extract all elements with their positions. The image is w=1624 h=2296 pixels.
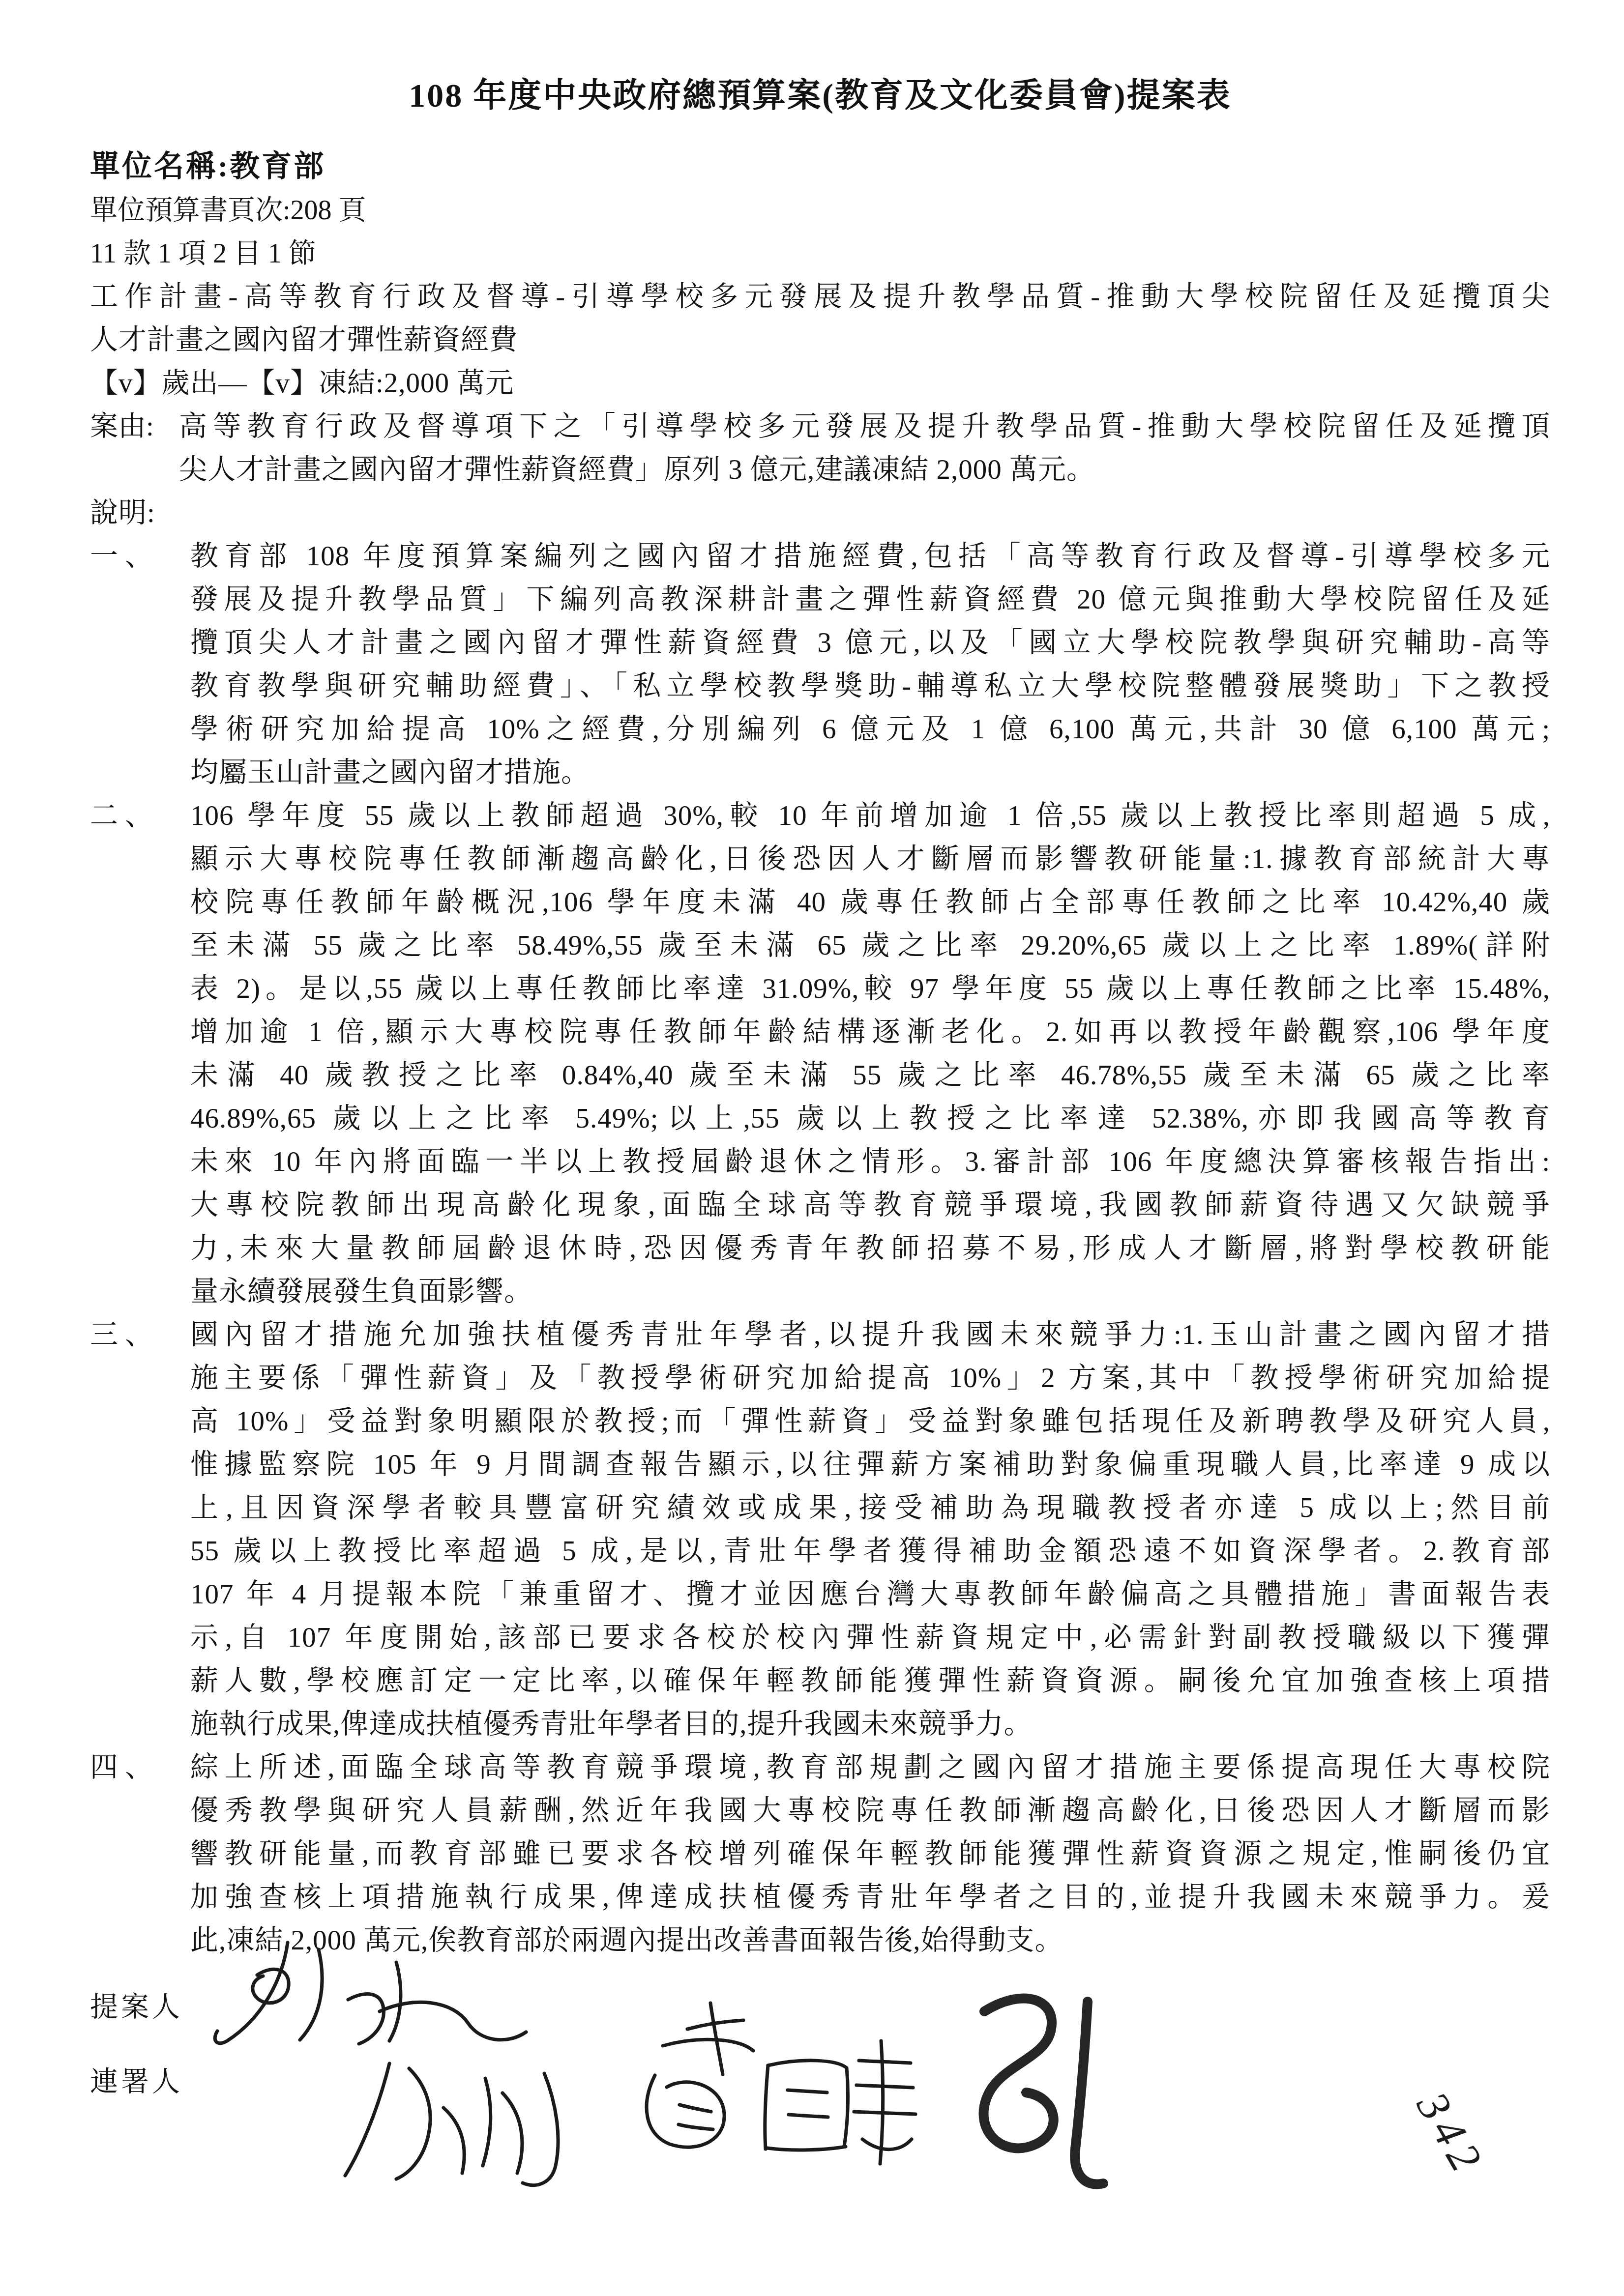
text-line: 薪人數,學校應訂定一定比率,以確保年輕教師能獲彈性薪資資源。嗣後允宜加強查核上項… [190, 1659, 1550, 1703]
explanation-label: 說明: [90, 492, 1550, 535]
text-line: 綜上所述,面臨全球高等教育競爭環境,教育部規劃之國內留才措施主要係提高現任大專校… [190, 1746, 1550, 1789]
proposer-label: 提案人 [90, 1986, 1550, 2029]
text-line: 107 年 4 月提報本院「兼重留才、攬才並因應台灣大專教師年齡偏高之具體措施」… [190, 1573, 1550, 1616]
text-line: 大專校院教師出現高齡化現象,面臨全球高等教育競爭環境,我國教師薪資待遇又欠缺競爭 [190, 1184, 1550, 1227]
text-line: 學術研究加給提高 10%之經費,分別編列 6 億元及 1 億 6,100 萬元,… [190, 708, 1550, 751]
unit-name: 單位名稱:教育部 [90, 145, 1550, 189]
scanned-proposal-document: 108 年度中央政府總預算案(教育及文化委員會)提案表 單位名稱:教育部 單位預… [0, 0, 1624, 2296]
text-line: 至未滿 55 歲之比率 58.49%,55 歲至未滿 65 歲之比率 29.20… [190, 924, 1550, 967]
text-line: 教育部 108 年度預算案編列之國內留才措施經費,包括「高等教育行政及督導-引導… [190, 535, 1550, 578]
text-line: 46.89%,65 歲以上之比率 5.49%;以上,55 歲以上教授之比率達 5… [190, 1097, 1550, 1140]
text-line: 工作計畫-高等教育行政及督導-引導學校多元發展及提升教學品質-推動大學校院留任及… [90, 275, 1550, 319]
work-plan: 工作計畫-高等教育行政及督導-引導學校多元發展及提升教學品質-推動大學校院留任及… [90, 275, 1550, 362]
text-line: 響教研能量,而教育部雖已要求各校增列確保年輕教師能獲彈性薪資資源之規定,惟嗣後仍… [190, 1832, 1550, 1876]
item-body: 106 學年度 55 歲以上教師超過 30%,較 10 年前增加逾 1 倍,55… [190, 794, 1550, 1313]
text-line: 校院專任教師年齡概況,106 學年度未滿 40 歲專任教師占全部專任教師之比率 … [190, 881, 1550, 924]
text-line: 55 歲以上教授比率超過 5 成,是以,青壯年學者獲得補助金額恐遠不如資深學者。… [190, 1530, 1550, 1573]
text-line: 國內留才措施允加強扶植優秀青壯年學者,以提升我國未來競爭力:1.玉山計畫之國內留… [190, 1313, 1550, 1357]
text-line: 力,未來大量教師屆齡退休時,恐因優秀青年教師招募不易,形成人才斷層,將對學校教研… [190, 1227, 1550, 1270]
text-line: 未滿 40 歲教授之比率 0.84%,40 歲至未滿 55 歲之比率 46.78… [190, 1054, 1550, 1097]
text-line: 106 學年度 55 歲以上教師超過 30%,較 10 年前增加逾 1 倍,55… [190, 794, 1550, 838]
item-number: 三、 [90, 1313, 190, 1357]
text-line: 發展及提升教學品質」下編列高教深耕計畫之彈性薪資經費 20 億元與推動大學校院留… [190, 578, 1550, 621]
case-summary: 案由: 高等教育行政及督導項下之「引導學校多元發展及提升教學品質-推動大學校院留… [90, 405, 1550, 492]
text-line: 高等教育行政及督導項下之「引導學校多元發展及提升教學品質-推動大學校院留任及延攬… [179, 405, 1550, 448]
text-line: 量永續發展發生負面影響。 [190, 1270, 1550, 1313]
text-line: 上,且因資深學者較具豐富研究績效或成果,接受補助為現職教授者亦達 5 成以上;然… [190, 1486, 1550, 1530]
explanation-item: 三、國內留才措施允加強扶植優秀青壯年學者,以提升我國未來競爭力:1.玉山計畫之國… [90, 1313, 1550, 1746]
explanation-item: 一、教育部 108 年度預算案編列之國內留才措施經費,包括「高等教育行政及督導-… [90, 535, 1550, 794]
text-line: 示,自 107 年度開始,該部已要求各校於校內彈性薪資規定中,必需針對副教授職級… [190, 1616, 1550, 1659]
document-content: 108 年度中央政府總預算案(教育及文化委員會)提案表 單位名稱:教育部 單位預… [90, 74, 1550, 2104]
text-line: 顯示大專校院專任教師漸趨高齡化,日後恐因人才斷層而影響教研能量:1.據教育部統計… [190, 838, 1550, 881]
text-line: 均屬玉山計畫之國內留才措施。 [190, 751, 1550, 794]
text-line: 人才計畫之國內留才彈性薪資經費 [90, 319, 1550, 362]
item-number: 一、 [90, 535, 190, 578]
text-line: 此,凍結 2,000 萬元,俟教育部於兩週內提出改善書面報告後,始得動支。 [190, 1919, 1550, 1962]
text-line: 優秀教學與研究人員薪酬,然近年我國大專校院專任教師漸趨高齡化,日後恐因人才斷層而… [190, 1789, 1550, 1832]
text-line: 增加逾 1 倍,顯示大專校院專任教師年齡結構逐漸老化。2.如再以教授年齡觀察,1… [190, 1011, 1550, 1054]
text-line: 施執行成果,俾達成扶植優秀青壯年學者目的,提升我國未來競爭力。 [190, 1703, 1550, 1746]
budget-book-page: 單位預算書頁次:208 頁 [90, 189, 1550, 232]
cosigner-label: 連署人 [90, 2061, 1550, 2104]
text-line: 未來 10 年內將面臨一半以上教授屆齡退休之情形。3.審計部 106 年度總決算… [190, 1140, 1550, 1184]
case-body: 高等教育行政及督導項下之「引導學校多元發展及提升教學品質-推動大學校院留任及延攬… [179, 405, 1550, 492]
text-line: 施主要係「彈性薪資」及「教授學術研究加給提高 10%」2 方案,其中「教授學術研… [190, 1357, 1550, 1400]
text-line: 加強查核上項措施執行成果,俾達成扶植優秀青壯年學者之目的,並提升我國未來競爭力。… [190, 1876, 1550, 1919]
explanation-item: 四、綜上所述,面臨全球高等教育競爭環境,教育部規劃之國內留才措施主要係提高現任大… [90, 1746, 1550, 1962]
document-title: 108 年度中央政府總預算案(教育及文化委員會)提案表 [90, 74, 1550, 117]
text-line: 尖人才計畫之國內留才彈性薪資經費」原列 3 億元,建議凍結 2,000 萬元。 [179, 448, 1550, 492]
explanation-items: 一、教育部 108 年度預算案編列之國內留才措施經費,包括「高等教育行政及督導-… [90, 535, 1550, 1962]
text-line: 惟據監察院 105 年 9 月間調查報告顯示,以往彈薪方案補助對象偏重現職人員,… [190, 1443, 1550, 1486]
item-number: 四、 [90, 1746, 190, 1789]
item-body: 綜上所述,面臨全球高等教育競爭環境,教育部規劃之國內留才措施主要係提高現任大專校… [190, 1746, 1550, 1962]
text-line: 攬頂尖人才計畫之國內留才彈性薪資經費 3 億元,以及「國立大學校院教學與研究輔助… [190, 621, 1550, 665]
text-line: 高 10%」受益對象明顯限於教授;而「彈性薪資」受益對象雖包括現任及新聘教學及研… [190, 1400, 1550, 1443]
text-line: 教育教學與研究輔助經費」、「私立學校教學獎助-輔導私立大學校院整體發展獎助」下之… [190, 665, 1550, 708]
item-body: 教育部 108 年度預算案編列之國內留才措施經費,包括「高等教育行政及督導-引導… [190, 535, 1550, 794]
item-body: 國內留才措施允加強扶植優秀青壯年學者,以提升我國未來競爭力:1.玉山計畫之國內留… [190, 1313, 1550, 1746]
text-line: 表 2)。是以,55 歲以上專任教師比率達 31.09%,較 97 學年度 55… [190, 967, 1550, 1011]
item-number: 二、 [90, 794, 190, 838]
explanation-item: 二、106 學年度 55 歲以上教師超過 30%,較 10 年前增加逾 1 倍,… [90, 794, 1550, 1313]
budget-item-reference: 11 款 1 項 2 目 1 節 [90, 232, 1550, 275]
case-label: 案由: [90, 405, 179, 448]
budget-action-checkboxes: 【v】歲出—【v】凍結:2,000 萬元 [90, 362, 1550, 405]
